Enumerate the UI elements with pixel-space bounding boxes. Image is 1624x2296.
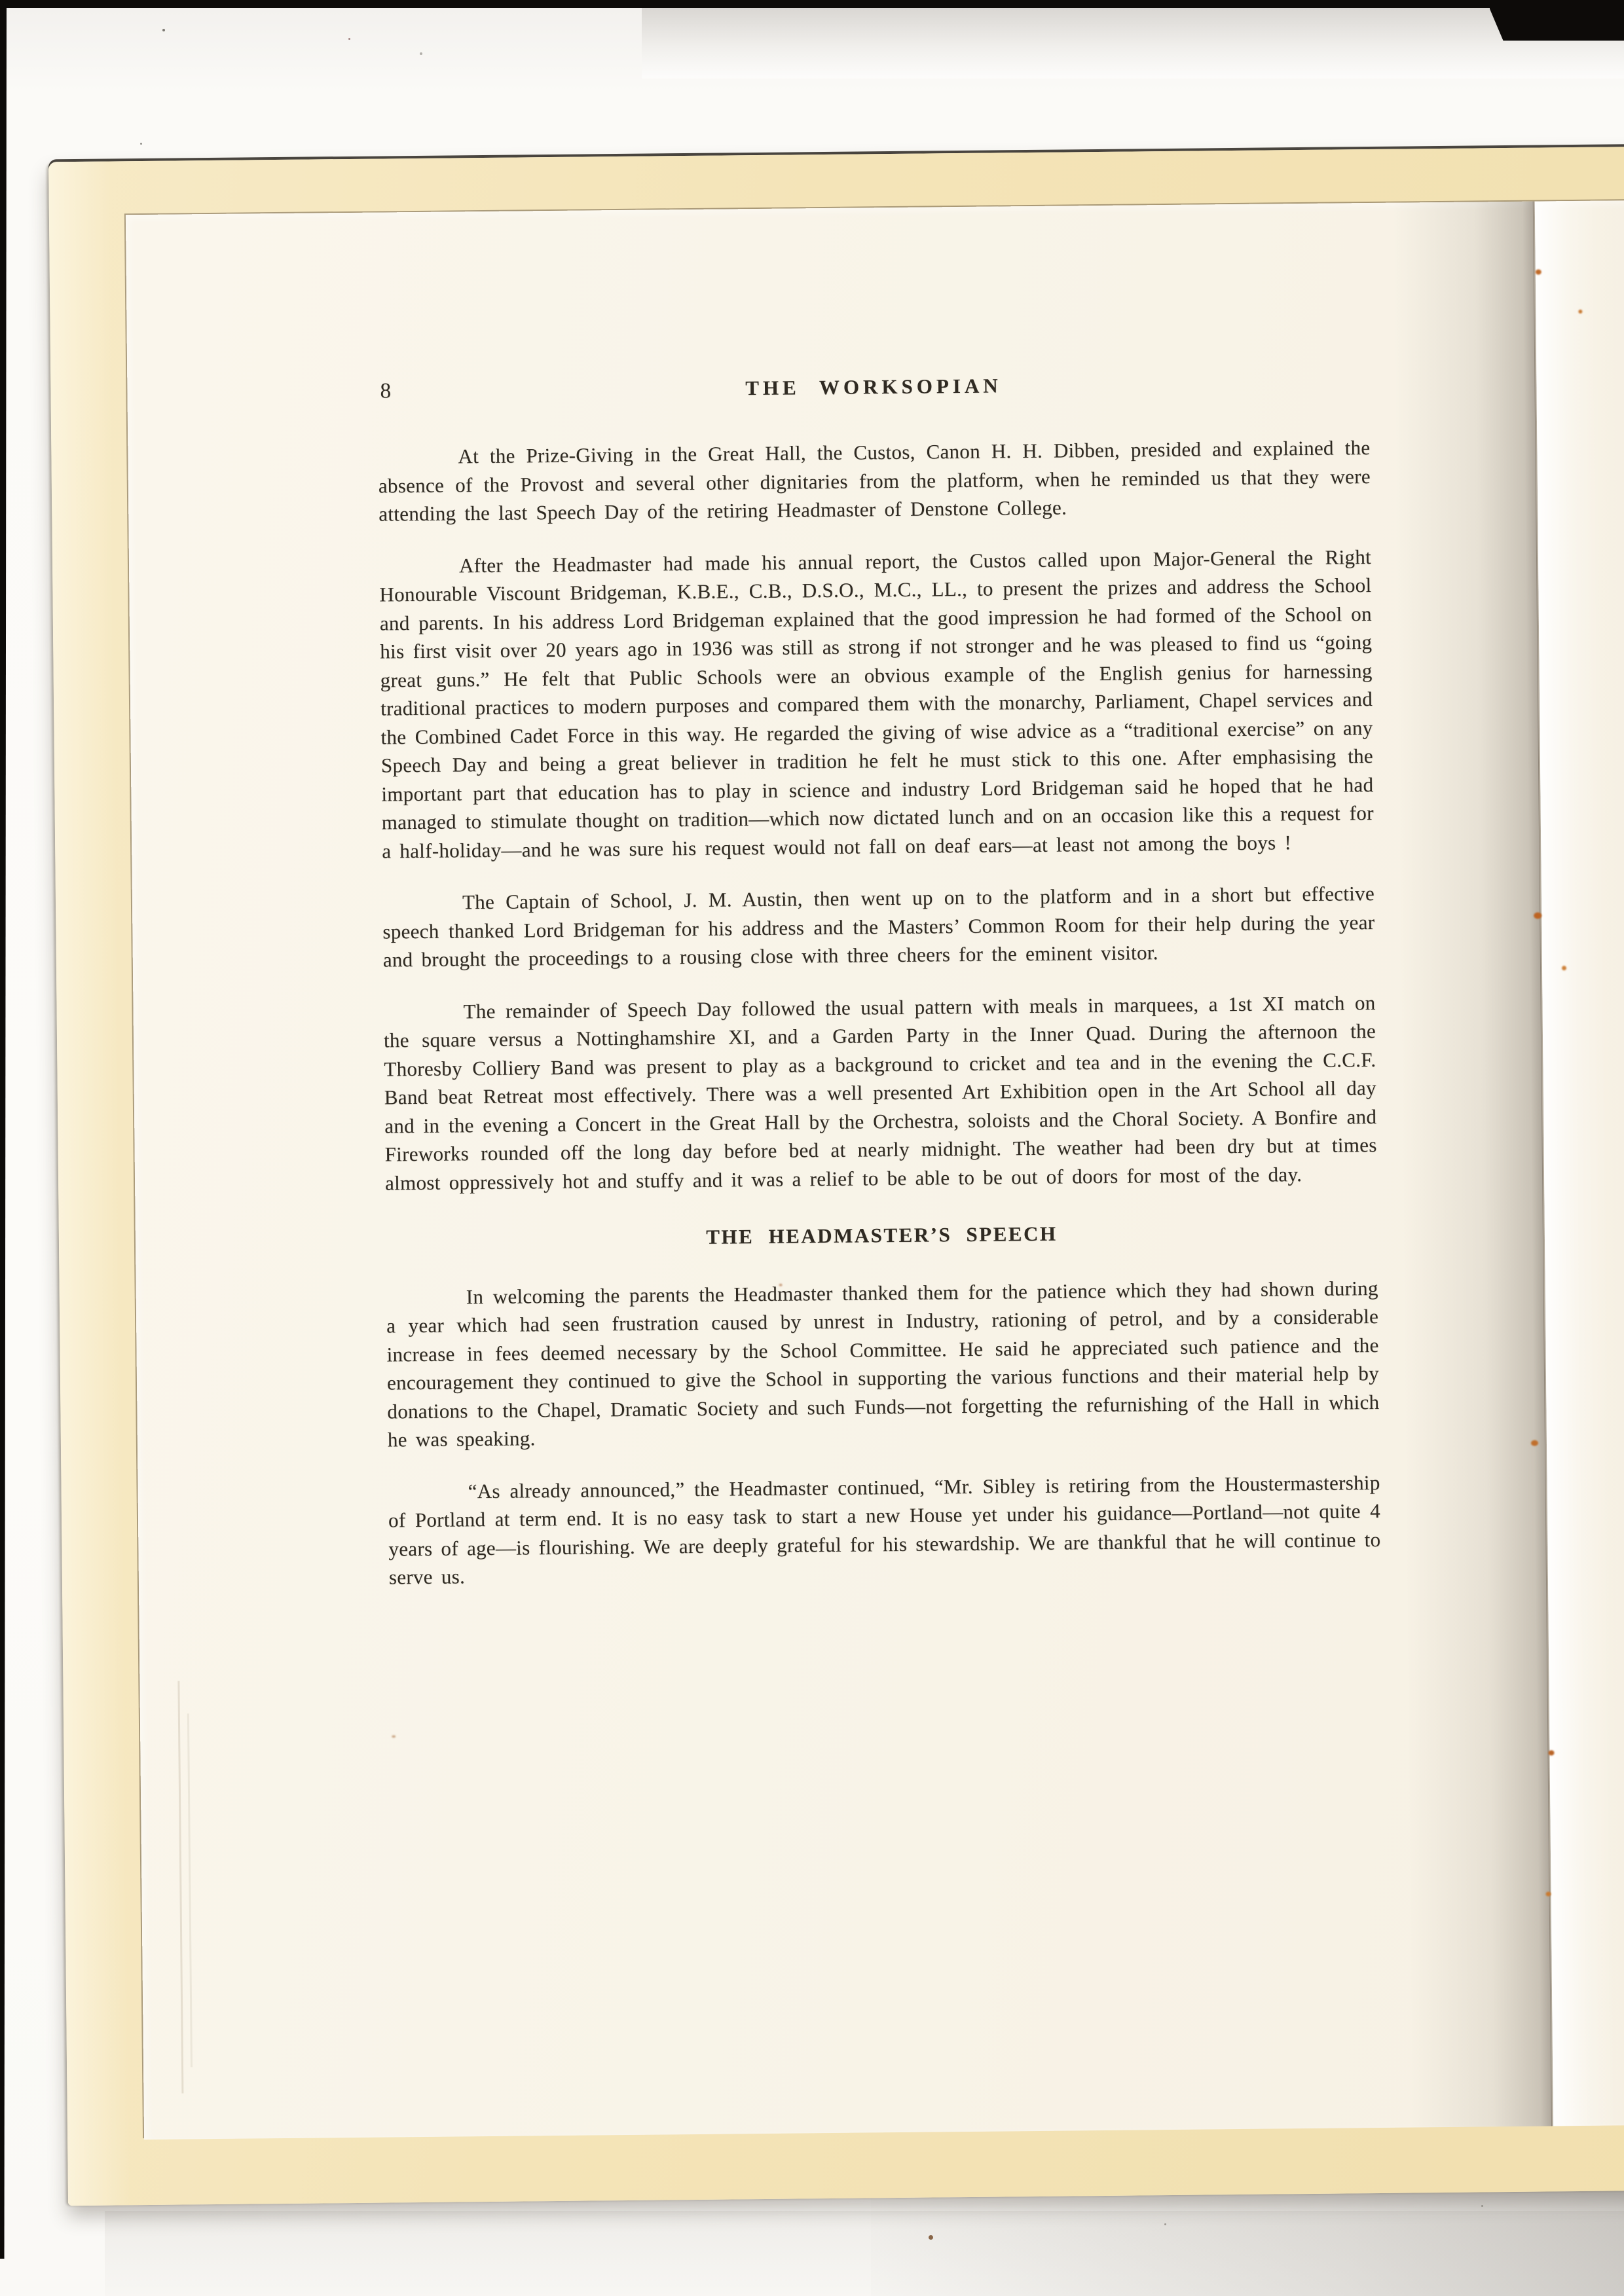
page: 8 THE WORKSOPIAN At the Prize-Giving in … (126, 199, 1624, 2140)
body-paragraph: At the Prize-Giving in the Great Hall, t… (378, 433, 1371, 528)
scan-edge-top-right-corner (1490, 0, 1624, 41)
scanner-background: 8 THE WORKSOPIAN At the Prize-Giving in … (0, 0, 1624, 2296)
body-paragraph: In welcoming the parents the Headmaster … (386, 1273, 1380, 1454)
foxing-spot (1546, 1891, 1551, 1896)
running-head: THE WORKSOPIAN (377, 368, 1369, 406)
dust-speck (420, 52, 422, 55)
text-block: 8 THE WORKSOPIAN At the Prize-Giving in … (377, 367, 1381, 1592)
body-paragraph: The remainder of Speech Day followed the… (383, 988, 1377, 1197)
dust-speck (348, 38, 350, 40)
scan-edge-left (0, 0, 7, 2259)
page-impression-line (177, 1681, 183, 2094)
dust-speck (1481, 2205, 1483, 2207)
body-paragraph: After the Headmaster had made his annual… (379, 542, 1375, 865)
foxing-spot (1578, 310, 1582, 314)
dust-speck (162, 29, 165, 31)
scanner-shadow-bottom (105, 2211, 1624, 2296)
foxing-spot (1548, 1750, 1554, 1755)
foxing-spot (1531, 1440, 1538, 1446)
dust-speck (929, 2235, 933, 2240)
scanner-shadow-top-right (642, 7, 1624, 79)
gutter-fold-shadow (1393, 202, 1552, 2128)
scan-edge-top (0, 0, 1624, 8)
dust-speck (140, 143, 142, 145)
foxing-spot (1536, 269, 1541, 274)
running-head-row: 8 THE WORKSOPIAN (377, 367, 1369, 409)
foxing-spot (392, 1735, 396, 1738)
section-heading: THE HEADMASTER’S SPEECH (386, 1216, 1378, 1254)
foxing-spot (1562, 966, 1566, 970)
foxing-spot (1534, 913, 1541, 919)
dust-speck (1164, 2223, 1166, 2225)
page-impression-line (187, 1713, 193, 2067)
body-paragraph: “As already announced,” the Headmaster c… (388, 1468, 1381, 1592)
body-paragraph: The Captain of School, J. M. Austin, the… (382, 879, 1375, 974)
book-cover: 8 THE WORKSOPIAN At the Prize-Giving in … (48, 145, 1624, 2206)
